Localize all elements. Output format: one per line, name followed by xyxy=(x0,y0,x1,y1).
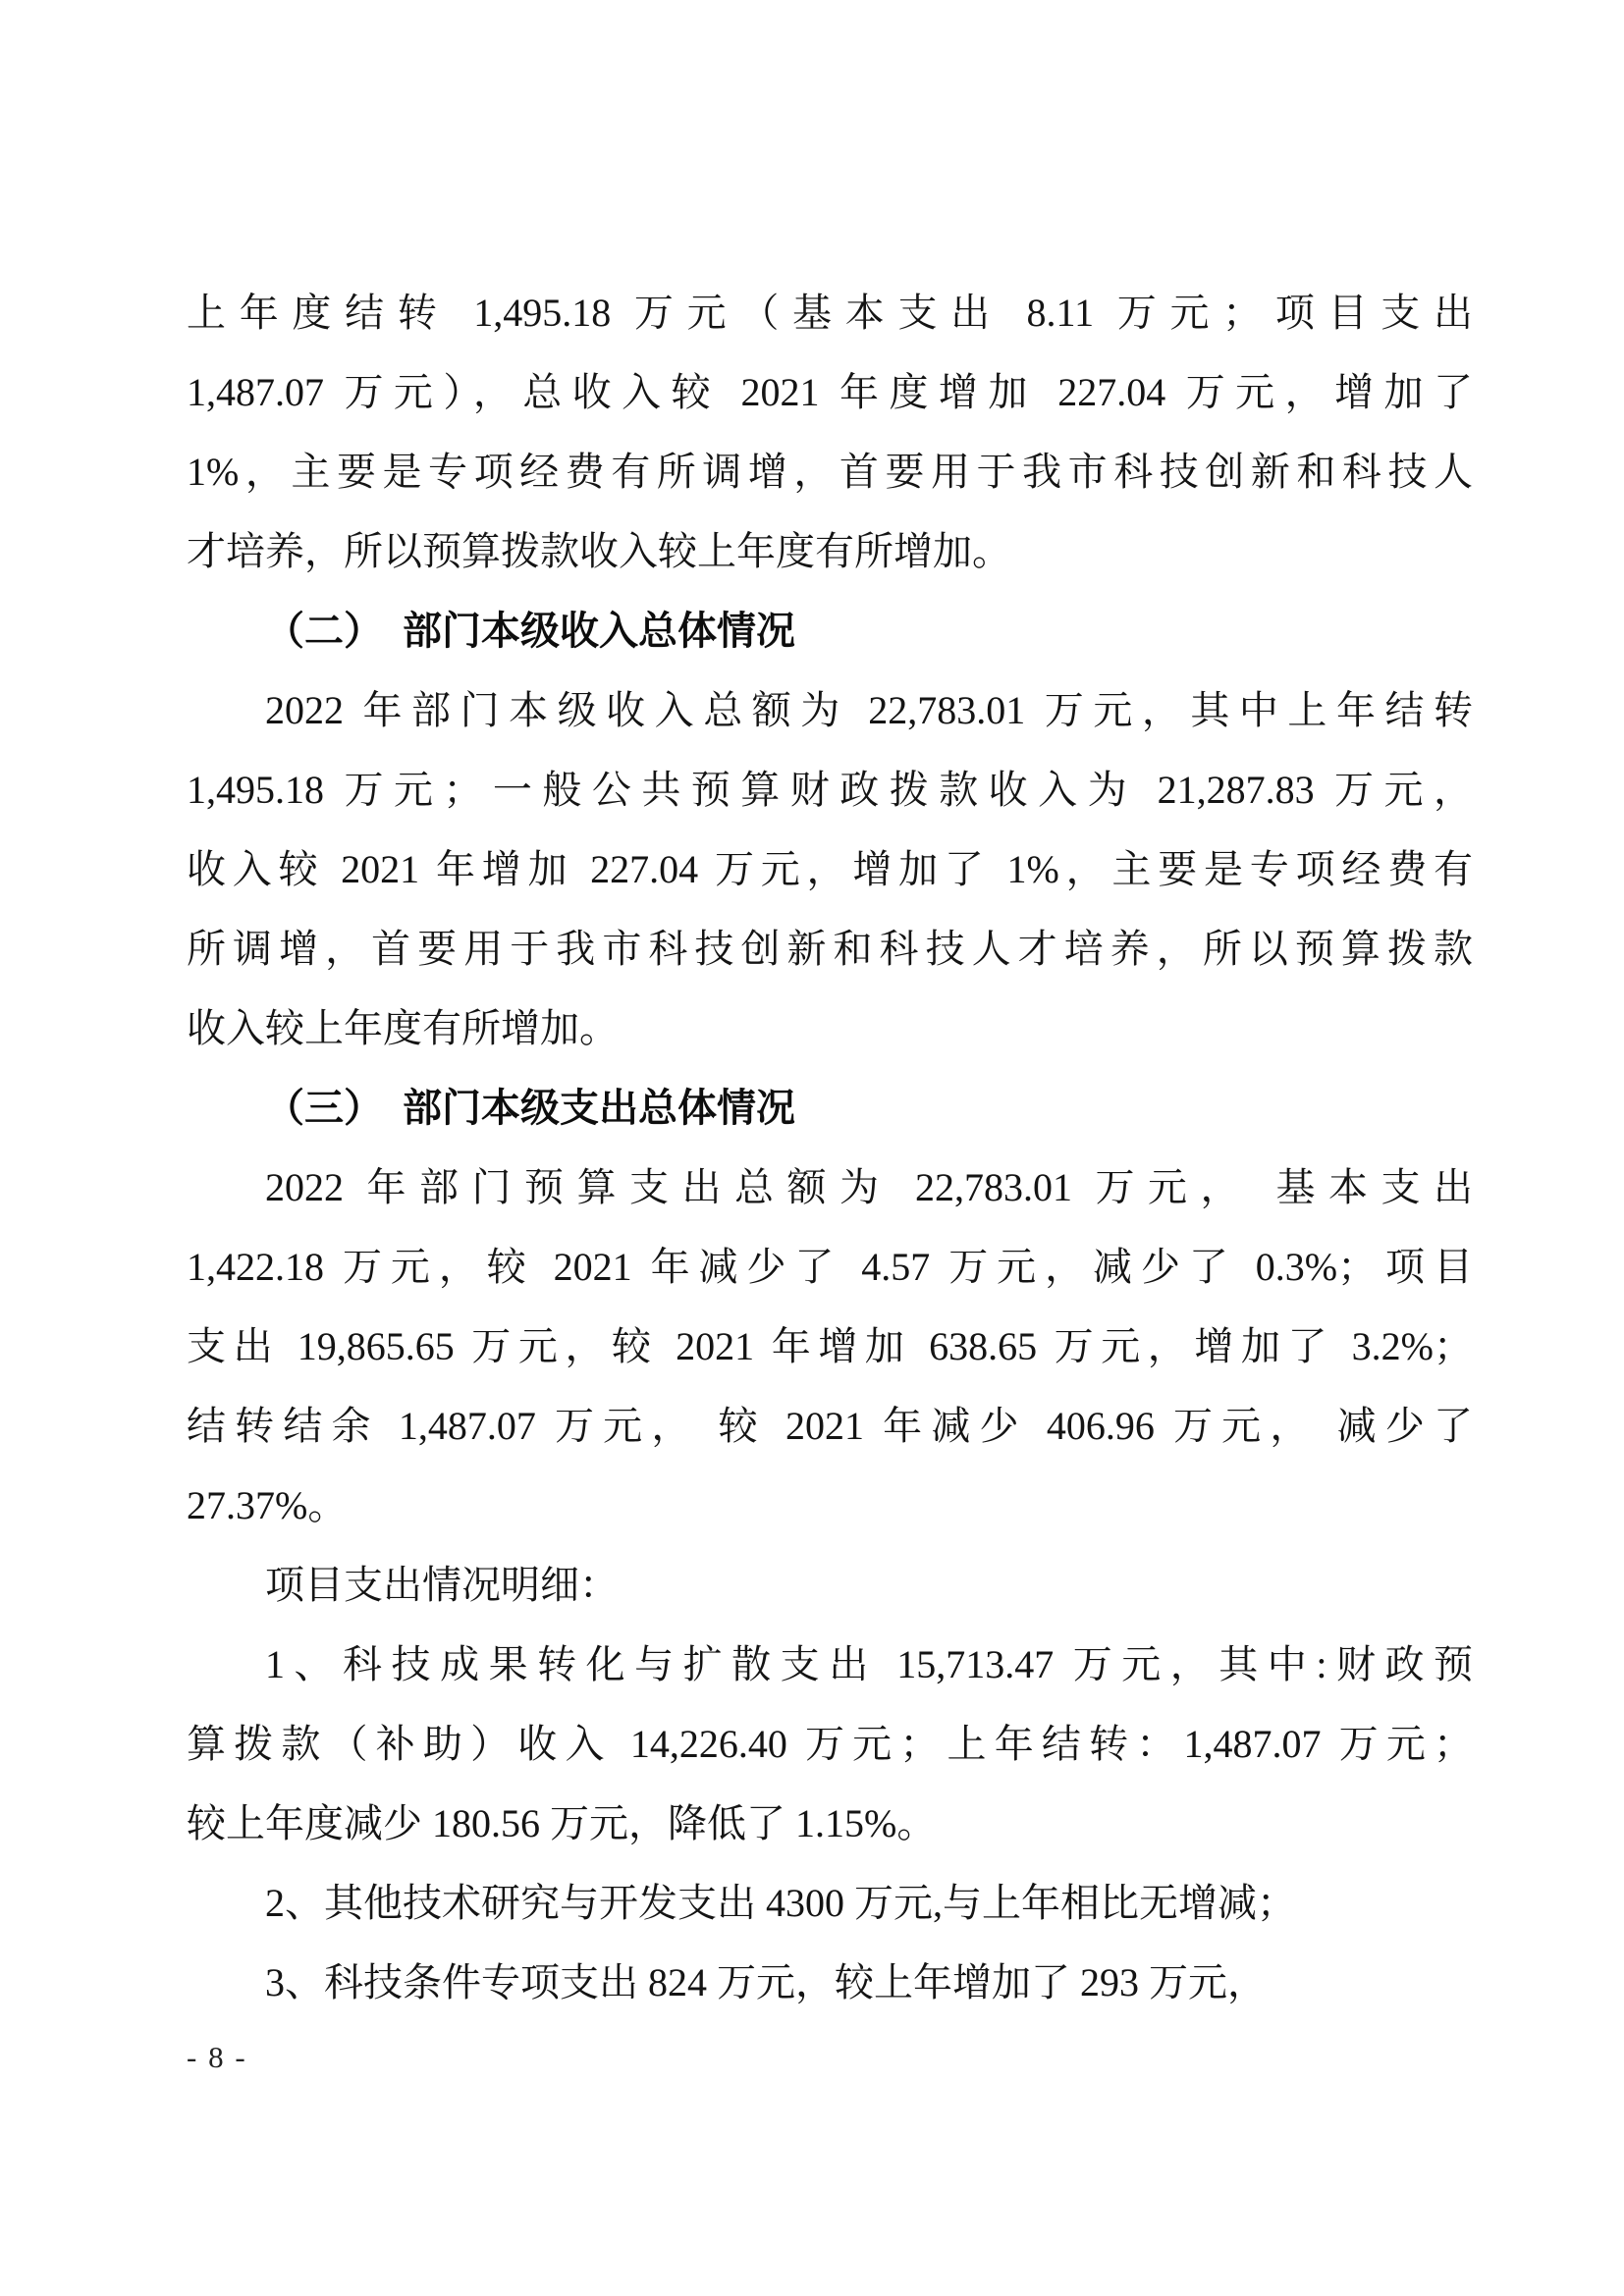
text-line: 1%，主要是专项经费有所调增，首要用于我市科技创新和科技人 xyxy=(187,432,1473,511)
text-line: 2、其他技术研究与开发支出 4300 万元,与上年相比无增减； xyxy=(187,1863,1473,1943)
text-line: 3、科技条件专项支出 824 万元，较上年增加了 293 万元， xyxy=(187,1943,1473,2022)
text-line: 收入较 2021 年增加 227.04 万元，增加了 1%，主要是专项经费有 xyxy=(187,829,1473,909)
text-line: 收入较上年度有所增加。 xyxy=(187,988,1473,1068)
document-body: 上年度结转 1,495.18 万元（基本支出 8.11 万元；项目支出1,487… xyxy=(187,273,1473,2022)
text-line: 1,495.18 万元；一般公共预算财政拨款收入为 21,287.83 万元， xyxy=(187,750,1473,829)
section-heading: （三） 部门本级支出总体情况 xyxy=(187,1068,1473,1148)
text-line: 项目支出情况明细： xyxy=(187,1545,1473,1625)
paragraph: 1、科技成果转化与扩散支出 15,713.47 万元，其中:财政预算拨款（补助）… xyxy=(187,1625,1473,1863)
text-line: 支出 19,865.65 万元，较 2021 年增加 638.65 万元，增加了… xyxy=(187,1307,1473,1386)
text-line: 结转结余 1,487.07 万元， 较 2021 年减少 406.96 万元， … xyxy=(187,1386,1473,1466)
paragraph: 2、其他技术研究与开发支出 4300 万元,与上年相比无增减； xyxy=(187,1863,1473,1943)
text-line: 1,422.18 万元，较 2021 年减少了 4.57 万元，减少了 0.3%… xyxy=(187,1227,1473,1307)
page-number: - 8 - xyxy=(187,2040,1473,2075)
text-line: 1,487.07 万元），总收入较 2021 年度增加 227.04 万元，增加… xyxy=(187,352,1473,432)
section-heading: （二） 部门本级收入总体情况 xyxy=(187,591,1473,670)
paragraph: 2022 年部门预算支出总额为 22,783.01 万元， 基本支出1,422.… xyxy=(187,1148,1473,1545)
text-line: 才培养，所以预算拨款收入较上年度有所增加。 xyxy=(187,511,1473,591)
text-line: 算拨款（补助）收入 14,226.40 万元；上年结转：1,487.07 万元； xyxy=(187,1704,1473,1784)
text-line: 27.37%。 xyxy=(187,1466,1473,1545)
paragraph: 上年度结转 1,495.18 万元（基本支出 8.11 万元；项目支出1,487… xyxy=(187,273,1473,591)
paragraph: 2022 年部门本级收入总额为 22,783.01 万元，其中上年结转1,495… xyxy=(187,670,1473,1068)
text-line: 2022 年部门预算支出总额为 22,783.01 万元， 基本支出 xyxy=(187,1148,1473,1227)
document-page: 上年度结转 1,495.18 万元（基本支出 8.11 万元；项目支出1,487… xyxy=(0,0,1624,2296)
text-line: 1、科技成果转化与扩散支出 15,713.47 万元，其中:财政预 xyxy=(187,1625,1473,1704)
text-line: 上年度结转 1,495.18 万元（基本支出 8.11 万元；项目支出 xyxy=(187,273,1473,352)
text-line: 所调增，首要用于我市科技创新和科技人才培养，所以预算拨款 xyxy=(187,909,1473,988)
paragraph: 项目支出情况明细： xyxy=(187,1545,1473,1625)
text-line: （二） 部门本级收入总体情况 xyxy=(187,591,1473,670)
text-line: （三） 部门本级支出总体情况 xyxy=(187,1068,1473,1148)
text-line: 2022 年部门本级收入总额为 22,783.01 万元，其中上年结转 xyxy=(187,670,1473,750)
text-line: 较上年度减少 180.56 万元，降低了 1.15%。 xyxy=(187,1784,1473,1863)
paragraph: 3、科技条件专项支出 824 万元，较上年增加了 293 万元， xyxy=(187,1943,1473,2022)
